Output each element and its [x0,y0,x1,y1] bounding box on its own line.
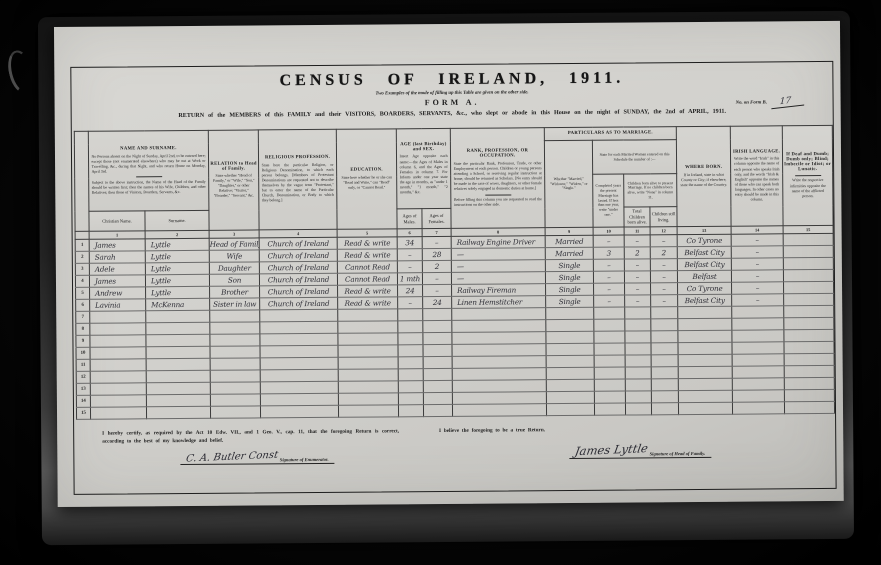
row-number: 15 [76,407,90,419]
cell [423,380,452,392]
cell [783,257,833,269]
cell: Co Tyrone [677,234,731,246]
census-form-paper: CENSUS OF IRELAND, 1911. Two Examples of… [54,21,844,507]
cell [423,392,452,404]
row-number: 5 [76,287,90,299]
cell: 28 [422,248,451,260]
cell [260,381,338,394]
believe-text: I believe the foregoing to be a true Ret… [439,425,679,435]
cell [452,344,546,357]
cell [338,393,398,405]
cell [784,317,834,329]
cell: Read & write [337,237,397,249]
cell [398,405,423,417]
cell [210,346,260,358]
cell: McKenna [146,298,210,311]
row-number: 11 [76,359,90,371]
cell [338,309,398,321]
cell: Sarah [89,251,145,263]
cell [678,342,732,354]
cell [452,380,546,393]
cell [210,370,260,382]
cell: – [624,271,650,283]
col-marriage-living: Children still living. [650,207,677,227]
form-b-value-handwritten: 17 [771,94,805,109]
cell [594,379,625,391]
cell: Church of Ireland [260,297,338,310]
col-age-sex: AGE (last Birthday) and SEX. Insert Age … [396,128,451,208]
cell [398,309,423,321]
cell [90,383,146,395]
cell [260,345,338,358]
cell [784,353,834,365]
cell: Railway Fireman [452,284,546,297]
cell [398,369,423,381]
cell [398,357,423,369]
cell [784,293,834,305]
cell [338,357,398,369]
cell [625,343,651,355]
cell: – [732,282,784,294]
cell: – [422,272,451,284]
row-number: 1 [75,239,89,251]
enumerator-signature-line: C. A. Butler Const Signature of Enumerat… [180,450,425,465]
cell [678,390,732,402]
cell: 1 mth [397,273,422,285]
cell: Read & write [338,285,398,297]
cell: Belfast [677,270,731,282]
cell [594,391,625,403]
col-ages-females: Ages of Females. [422,208,451,228]
cell [625,403,651,415]
cell: Church of Ireland [259,261,337,274]
cell [546,319,594,331]
cell [732,330,784,342]
cell [625,307,651,319]
cell [783,233,833,245]
cell [423,308,452,320]
cell: – [651,283,678,295]
cell [784,305,834,317]
cell [732,318,784,330]
cell [452,332,546,345]
cell: Lavinia [90,299,146,311]
cell [594,307,625,319]
cell [260,405,338,418]
cell [678,378,732,390]
row-number: 8 [76,323,90,335]
head-signature-line: James Lyttle Signature of Head of Family… [569,441,825,459]
cell [594,355,625,367]
cell: Head of Family [209,238,259,250]
cell [594,319,625,331]
cell: Adele [89,263,145,275]
cell: Church of Ireland [259,273,337,286]
cell [452,320,546,333]
cell [146,322,210,335]
cell: – [625,295,651,307]
form-b-number: No. on Form B. 17 [736,96,805,108]
cell [452,392,546,405]
cell: — [451,248,545,261]
col-education: EDUCATION. State here whether he or she … [336,129,397,229]
cell [678,366,732,378]
form-b-label: No. on Form B. [736,100,767,105]
cell [90,407,146,419]
head-of-family-declaration: I believe the foregoing to be a true Ret… [425,424,825,463]
cell [90,371,146,383]
cell [338,345,398,357]
cell: – [397,249,422,261]
cell: Belfast City [677,246,731,258]
form-border: CENSUS OF IRELAND, 1911. Two Examples of… [70,61,836,495]
cell: 3 [593,247,624,259]
col-marriage-children: Children born alive to present Marriage.… [624,174,677,207]
cell [732,354,784,366]
cell: – [593,259,624,271]
cell [625,391,651,403]
form-masthead: CENSUS OF IRELAND, 1911. Two Examples of… [73,63,830,131]
cell [146,382,210,395]
cell: Linen Hemstitcher [452,296,546,309]
col-marriage-total: Total Children born alive. [624,207,650,227]
cell: James [89,239,145,251]
row-number: 12 [76,371,90,383]
cell [784,389,834,401]
cell [651,331,678,343]
cell [651,355,678,367]
col-relation: RELATION to Head of Family. State whethe… [208,130,259,230]
col-marriage-group: PARTICULARS AS TO MARRIAGE. [544,127,676,141]
row-number: 10 [76,347,90,359]
cell: – [731,270,783,282]
cell: Church of Ireland [259,237,337,250]
cell [146,370,210,383]
cell [651,379,678,391]
cell [260,357,338,370]
cell [90,395,146,407]
cell: – [650,259,677,271]
cell [452,404,546,417]
cell [679,402,733,414]
col-where-born: WHERE BORN. If in Ireland, state in what… [676,126,731,226]
cell: 34 [397,237,422,249]
cell [783,245,833,257]
cell: Single [545,271,593,283]
cell [338,381,398,393]
cell [423,344,452,356]
cell [210,394,260,406]
cell: – [651,295,678,307]
cell [594,331,625,343]
col-religion: RELIGIOUS PROFESSION. State here the par… [258,129,337,230]
cell: – [594,295,625,307]
photo-background: CENSUS OF IRELAND, 1911. Two Examples of… [0,0,881,565]
cell [423,368,452,380]
col-marriage-woman-note: State for each Married Woman entered on … [592,140,676,175]
cell [594,403,625,415]
census-table-header: NAME AND SURNAME. No Persons absent on t… [74,125,833,239]
cell [678,318,732,330]
row-number: 9 [76,335,90,347]
column-number: 7 [422,228,451,236]
cell: – [650,235,677,247]
cell [625,331,651,343]
cell [398,333,423,345]
col-marriage-years: Completed years the present Marriage has… [593,174,624,227]
cell [260,369,338,382]
cell: Wife [209,250,259,262]
cell: – [731,234,783,246]
scan-scene: CENSUS OF IRELAND, 1911. Two Examples of… [0,0,881,565]
cell: – [594,283,625,295]
cell [338,321,398,333]
cell: – [732,294,784,306]
cell [90,311,146,323]
cell [546,331,594,343]
cell: Lyttle [146,286,210,299]
enumerator-certification: I hereby certify, as required by the Act… [84,427,425,466]
cell: – [731,258,783,270]
cell [625,355,651,367]
cell [210,322,260,334]
cell [546,379,594,391]
row-number: 4 [75,275,89,287]
footer: I hereby certify, as required by the Act… [84,424,825,466]
cell [210,406,260,418]
cell [651,307,678,319]
cell [210,382,260,394]
cell: – [422,236,451,248]
col-ages-males: Ages of Males. [397,209,422,229]
certify-text: I hereby certify, as required by the Act… [102,427,425,446]
cell [546,307,594,319]
cell [732,390,784,402]
cell: Cannot Read [337,261,397,273]
cell [423,356,452,368]
cell [90,359,146,371]
cell: Married [545,247,593,259]
cell [785,401,835,413]
cell: 24 [398,285,423,297]
cell [732,342,784,354]
cell: Son [209,274,259,286]
cell: Single [546,295,594,307]
col-surname: Surname. [145,210,209,231]
cell [732,366,784,378]
col-occupation: RANK, PROFESSION, OR OCCUPATION. State t… [450,128,545,229]
cell [546,355,594,367]
row-number: 6 [76,299,90,311]
cell [146,358,210,371]
cell [784,329,834,341]
cell [398,321,423,333]
cell [783,269,833,281]
cell: Lyttle [145,262,209,275]
cell [146,334,210,347]
cell: Single [545,259,593,271]
enumerator-signature: C. A. Butler Const [185,450,279,465]
cell [651,403,678,415]
cell [732,378,784,390]
cell [90,323,146,335]
cell [90,335,146,347]
cell: – [650,271,677,283]
cell: 2 [624,247,650,259]
cell [398,381,423,393]
cell: Brother [210,286,260,298]
row-number: 13 [76,383,90,395]
cell [546,391,594,403]
cell [210,358,260,370]
cell [146,346,210,359]
cell [625,367,651,379]
cell [625,319,651,331]
cell: Lyttle [145,274,209,287]
cell [260,333,338,346]
cell [784,281,834,293]
cell [733,402,785,414]
cell: – [397,261,422,273]
cell [651,367,678,379]
row-number: 7 [76,311,90,323]
cell [651,391,678,403]
col-irish-language: IRISH LANGUAGE. Write the word "Irish" i… [730,126,783,226]
cell [338,333,398,345]
cell: Single [546,283,594,295]
cell: Read & write [338,297,398,309]
cell [594,343,625,355]
cell [423,332,452,344]
cell [338,369,398,381]
head-of-family-signature: James Lyttle [574,441,649,458]
col-infirmity: If Deaf and Dumb; Dumb only; Blind; Imbe… [782,125,833,225]
cell: Sister in law [210,298,260,310]
cell [594,367,625,379]
col-name-surname: NAME AND SURNAME. No Persons absent on t… [88,130,209,211]
cell [260,309,338,322]
census-table-body: 1JamesLyttleHead of FamilyChurch of Irel… [75,233,834,419]
col-marriage-whether: Whether "Married," "Widower," "Widow," o… [544,140,593,227]
cell: James [89,275,145,287]
cell [423,404,452,416]
cell [546,367,594,379]
cell [784,365,834,377]
cell: 2 [650,247,677,259]
cell [423,320,452,332]
cell [90,347,146,359]
cell: Lyttle [145,250,209,263]
cell [784,341,834,353]
cell [546,343,594,355]
cell: – [731,246,783,258]
cell [452,308,546,321]
cell [678,354,732,366]
cell [678,306,732,318]
cell: Railway Engine Driver [451,236,545,249]
cell: Co Tyrone [678,282,732,294]
cell: – [624,259,650,271]
cell: — [451,260,545,273]
cell: – [423,284,452,296]
row-number-column-header [74,131,89,231]
cell: – [593,271,624,283]
cell: 2 [422,260,451,272]
column-number: 11 [624,227,650,235]
cell [651,343,678,355]
return-statement: RETURN of the MEMBERS of this FAMILY and… [74,107,831,119]
census-table: NAME AND SURNAME. No Persons absent on t… [74,125,835,420]
cell [784,377,834,389]
cell [260,393,338,406]
row-number: 2 [75,251,89,263]
cell [678,330,732,342]
cell [146,406,210,419]
cell: Andrew [90,287,146,299]
cell: Daughter [209,262,259,274]
cell: Married [545,235,593,247]
cell [732,306,784,318]
cell [260,321,338,334]
cell: Cannot Read [337,273,397,285]
cell [398,393,423,405]
cell: – [624,235,650,247]
cell: – [593,235,624,247]
cell: Belfast City [678,294,732,306]
cell [625,379,651,391]
cell: 24 [423,296,452,308]
cell [452,368,546,381]
cell [210,334,260,346]
row-number: 3 [75,263,89,275]
row-number: 14 [76,395,90,407]
enumerator-signature-label: Signature of Enumerator. [280,457,329,462]
col-christian-name: Christian Name. [89,211,145,231]
cell [338,405,398,417]
column-number: 10 [593,227,624,235]
cell: Read & write [337,249,397,261]
column-number: 6 [397,229,422,237]
cell [546,403,594,415]
cell: Church of Ireland [260,285,338,298]
cell: – [398,297,423,309]
cell [146,394,210,407]
cell [146,310,210,323]
cell: Church of Ireland [259,249,337,262]
cell [398,345,423,357]
cell: Lyttle [145,238,209,251]
cell: – [625,283,651,295]
cell [651,319,678,331]
cell: — [451,272,545,285]
cell [210,310,260,322]
column-number: 12 [650,227,677,235]
cell [452,356,546,369]
cell: Belfast City [677,258,731,270]
head-signature-label: Signature of Head of Family. [650,451,706,456]
